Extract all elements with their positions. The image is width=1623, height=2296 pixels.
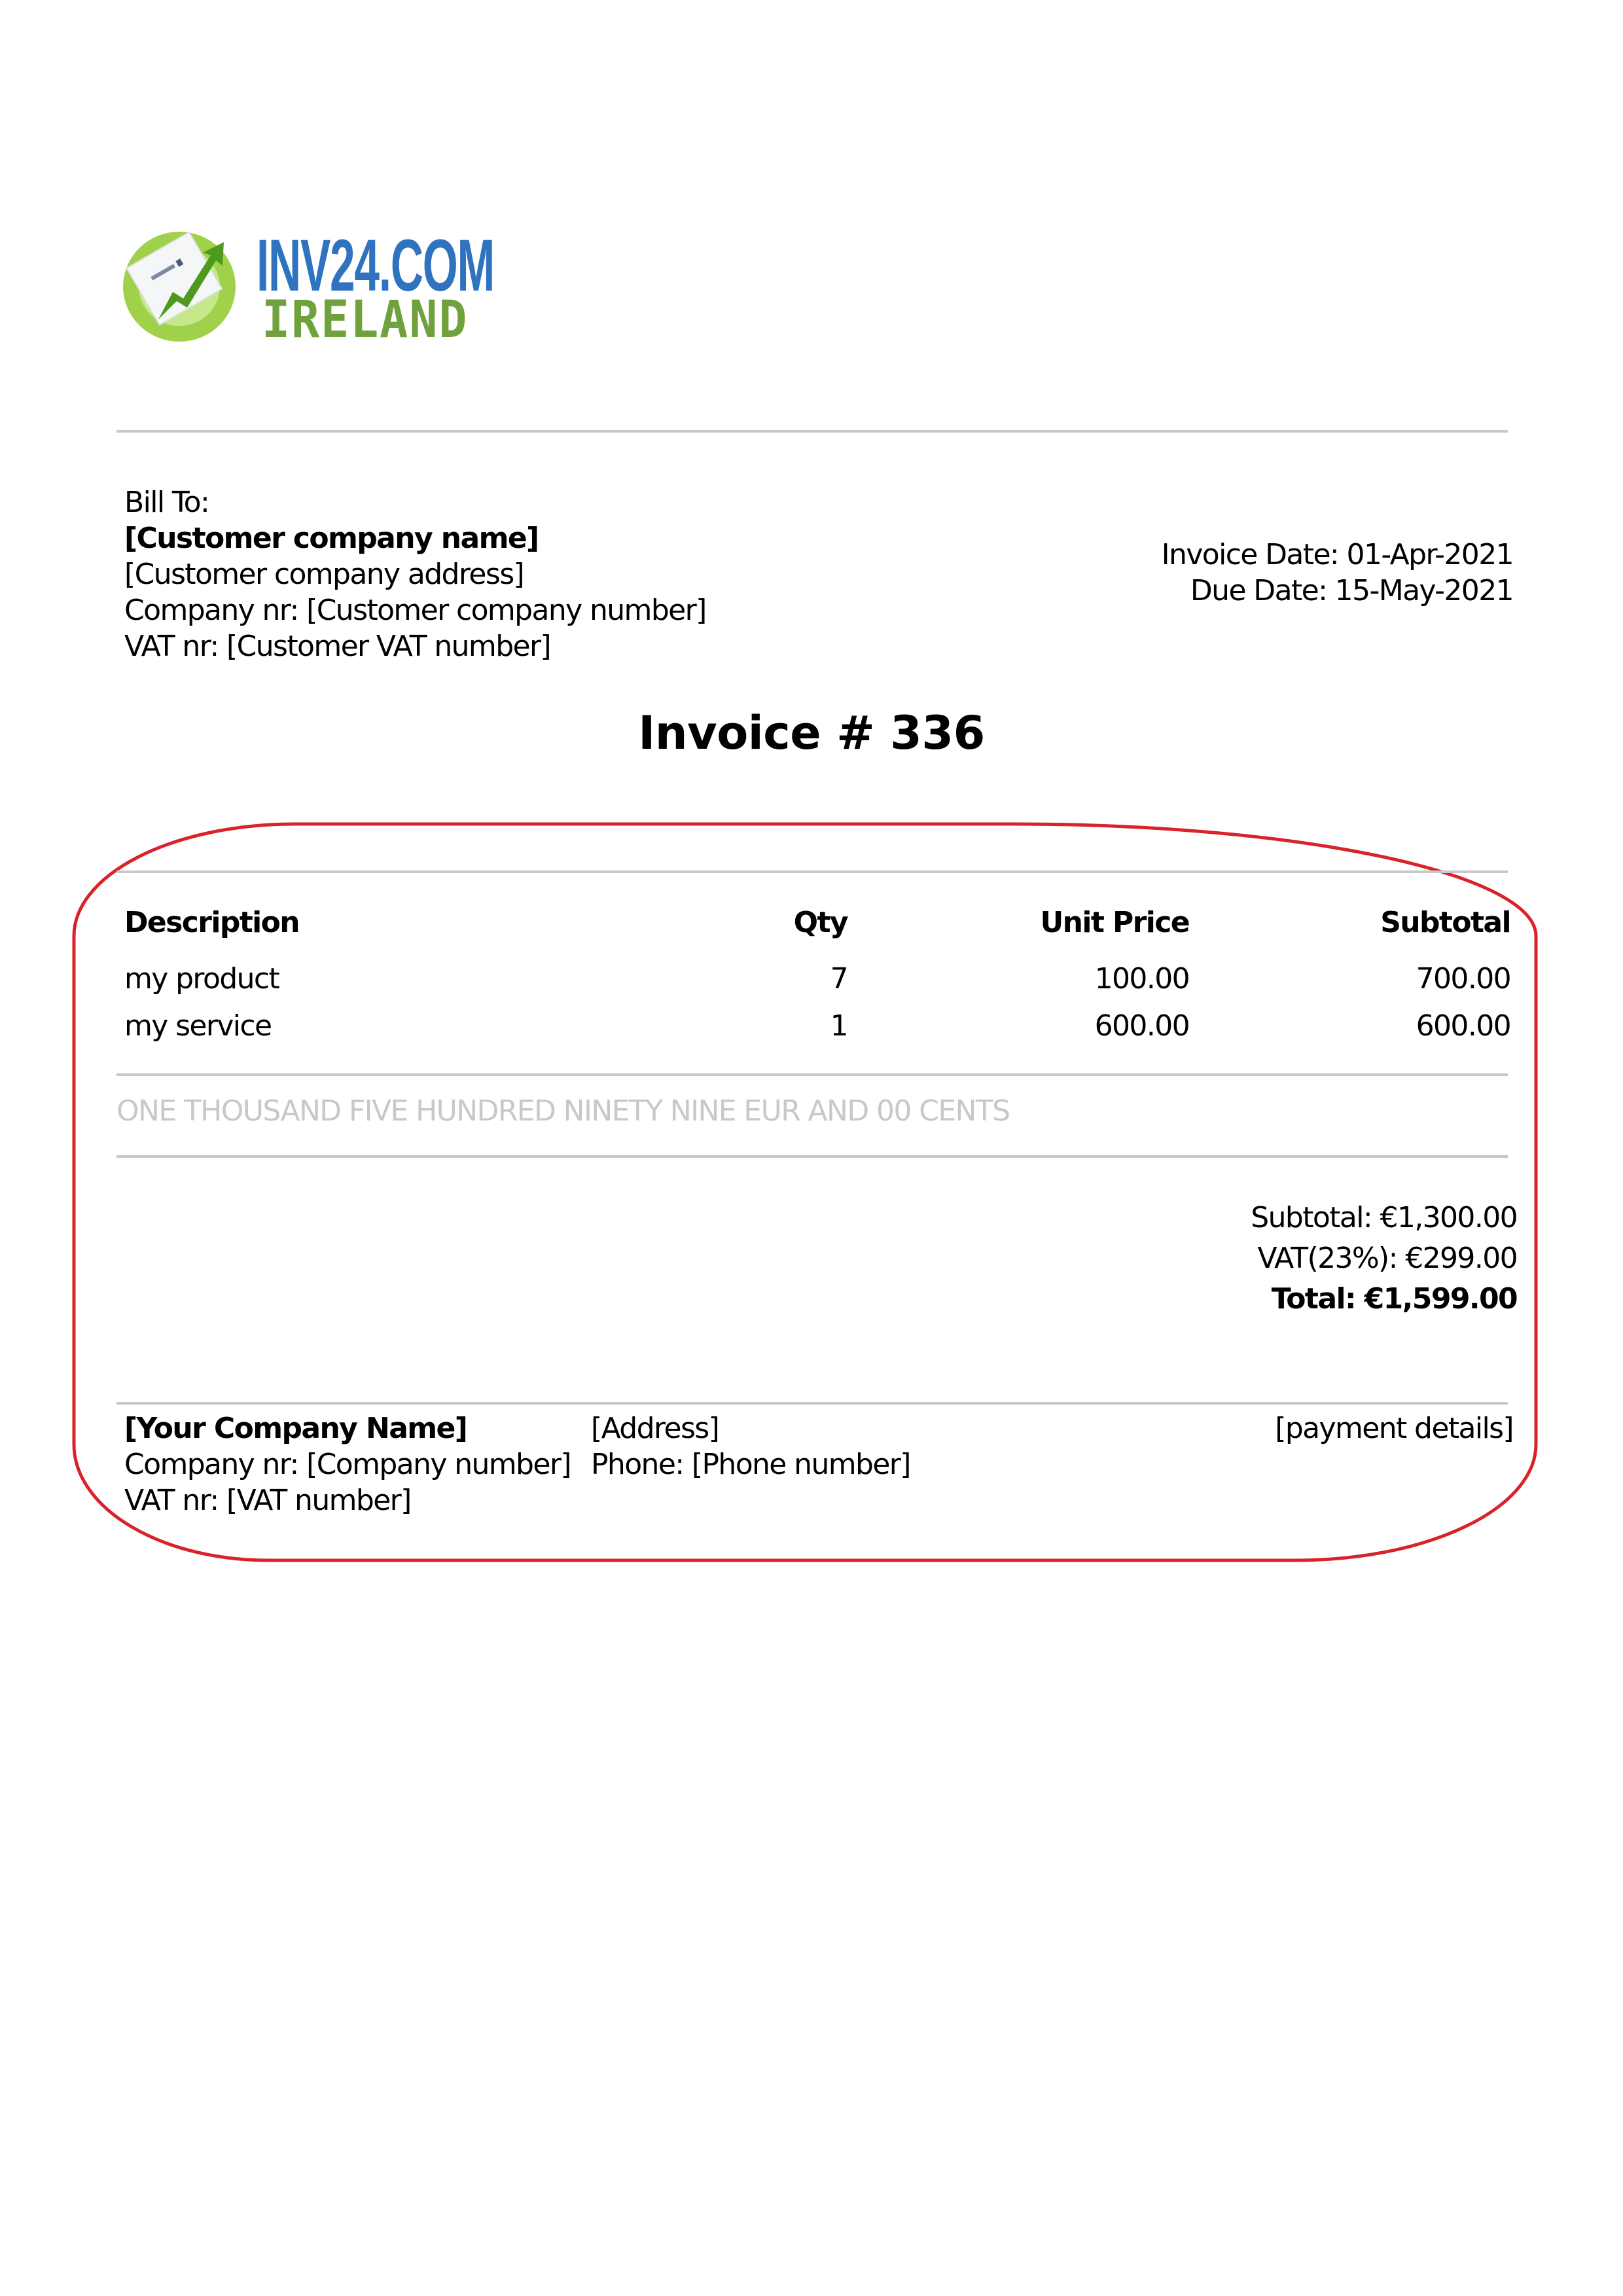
seller-phone: Phone: [Phone number] bbox=[591, 1446, 910, 1482]
item-description: my product bbox=[124, 961, 279, 997]
bill-to-label: Bill To: bbox=[124, 484, 706, 520]
footer-divider bbox=[116, 1402, 1508, 1405]
column-header-qty: Qty bbox=[794, 905, 847, 941]
customer-vat-number: VAT nr: [Customer VAT number] bbox=[124, 628, 706, 664]
item-unit-price: 100.00 bbox=[1095, 961, 1189, 997]
bill-to-block: Bill To: [Customer company name] [Custom… bbox=[124, 484, 706, 664]
amount-in-words: ONE THOUSAND FIVE HUNDRED NINETY NINE EU… bbox=[116, 1093, 1009, 1129]
customer-address: [Customer company address] bbox=[124, 556, 706, 592]
payment-details: [payment details] bbox=[1275, 1410, 1513, 1446]
customer-company-number: Company nr: [Customer company number] bbox=[124, 592, 706, 628]
table-top-divider bbox=[116, 870, 1508, 873]
due-date: Due Date: 15-May-2021 bbox=[1162, 573, 1513, 609]
customer-company-name: [Customer company name] bbox=[124, 520, 706, 556]
item-unit-price: 600.00 bbox=[1095, 1008, 1189, 1044]
invoice-growth-arrow-icon bbox=[119, 221, 243, 346]
seller-company-number: Company nr: [Company number] bbox=[124, 1446, 571, 1482]
column-header-unit-price: Unit Price bbox=[1041, 905, 1189, 941]
totals-block: Subtotal: €1,300.00 VAT(23%): €299.00 To… bbox=[1251, 1198, 1517, 1319]
column-header-subtotal: Subtotal bbox=[1380, 905, 1510, 941]
total-line: Total: €1,599.00 bbox=[1251, 1279, 1517, 1319]
seller-company-name: [Your Company Name] bbox=[124, 1410, 571, 1446]
seller-address: [Address] bbox=[591, 1410, 910, 1446]
seller-info: [Your Company Name] Company nr: [Company… bbox=[124, 1410, 571, 1518]
item-subtotal: 700.00 bbox=[1416, 961, 1510, 997]
item-qty: 7 bbox=[830, 961, 847, 997]
seller-contact: [Address] Phone: [Phone number] bbox=[591, 1410, 910, 1482]
seller-vat-number: VAT nr: [VAT number] bbox=[124, 1482, 571, 1518]
column-header-description: Description bbox=[124, 905, 299, 941]
item-description: my service bbox=[124, 1008, 272, 1044]
subtotal-line: Subtotal: €1,300.00 bbox=[1251, 1198, 1517, 1238]
invoice-dates: Invoice Date: 01-Apr-2021 Due Date: 15-M… bbox=[1162, 537, 1513, 609]
invoice-title: Invoice # 336 bbox=[0, 704, 1623, 762]
company-logo: INV24.COM IRELAND bbox=[119, 216, 512, 353]
vat-line: VAT(23%): €299.00 bbox=[1251, 1238, 1517, 1279]
item-subtotal: 600.00 bbox=[1416, 1008, 1510, 1044]
item-qty: 1 bbox=[830, 1008, 847, 1044]
invoice-date: Invoice Date: 01-Apr-2021 bbox=[1162, 537, 1513, 573]
items-bottom-divider bbox=[116, 1073, 1508, 1076]
header-divider bbox=[116, 430, 1508, 433]
logo-country-text: IRELAND bbox=[262, 295, 468, 346]
amount-words-divider bbox=[116, 1155, 1508, 1158]
